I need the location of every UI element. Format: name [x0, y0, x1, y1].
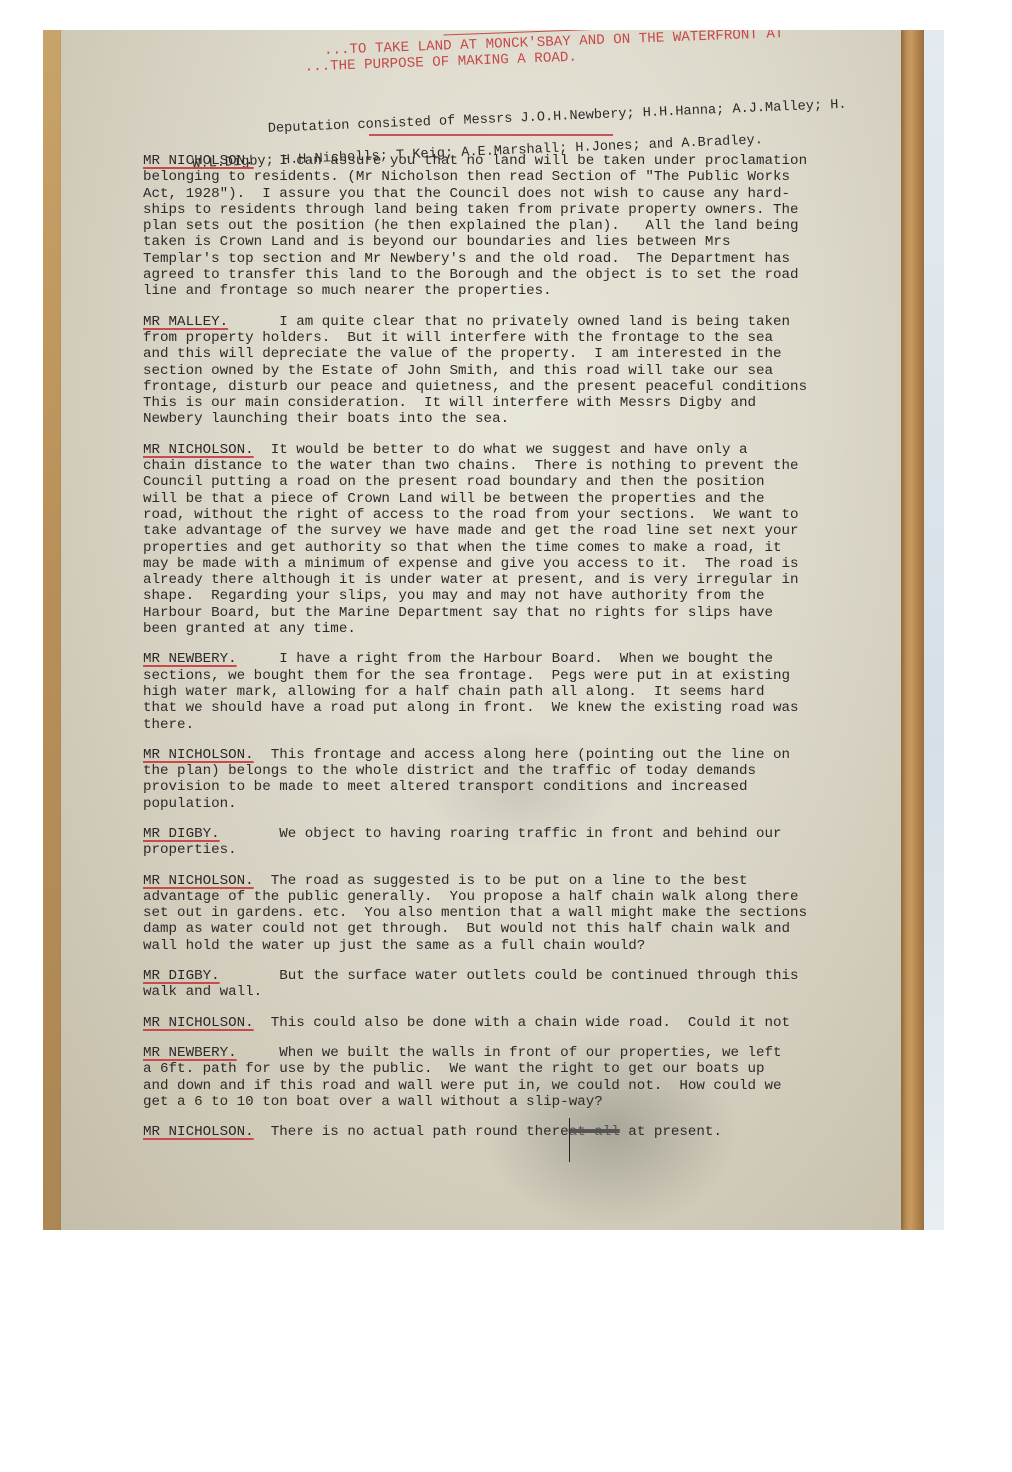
minutes-paragraph: MR NEWBERY. I have a right from the Harb…	[143, 651, 903, 732]
final-paragraph: MR NICHOLSON. There is no actual path ro…	[143, 1124, 903, 1140]
paragraph-text: We object to having roaring traffic in f…	[143, 826, 782, 858]
handwritten-correction: at all	[569, 1124, 620, 1140]
minutes-paragraph: MR NEWBERY. When we built the walls in f…	[143, 1045, 903, 1110]
header-divider	[369, 134, 613, 136]
minutes-body: MR NICHOLSON. I can assure you that no l…	[143, 153, 903, 1140]
minutes-paragraph: MR DIGBY. We object to having roaring tr…	[143, 826, 903, 859]
minutes-paragraph: MR NICHOLSON. This frontage and access a…	[143, 747, 903, 812]
speaker-label: MR NICHOLSON.	[143, 747, 254, 763]
struck-text: at all	[569, 1124, 620, 1140]
speaker-label: MR NICHOLSON.	[143, 873, 254, 889]
paragraph-text: This could also be done with a chain wid…	[254, 1015, 790, 1031]
speaker-label: MR NICHOLSON.	[143, 1124, 254, 1140]
paragraph-text-end: at present.	[620, 1124, 722, 1140]
paragraph-text: But the surface water outlets could be c…	[143, 968, 799, 1000]
minutes-paragraph: MR NICHOLSON. I can assure you that no l…	[143, 153, 903, 300]
speaker-label: MR DIGBY.	[143, 826, 220, 842]
speaker-label: MR DIGBY.	[143, 968, 220, 984]
paragraph-text: I can assure you that no land will be ta…	[143, 153, 807, 299]
paragraph-text: I have a right from the Harbour Board. W…	[143, 651, 799, 732]
speaker-label: MR NEWBERY.	[143, 1045, 237, 1061]
minutes-paragraph: MR NICHOLSON. This could also be done wi…	[143, 1015, 903, 1031]
minutes-paragraph: MR DIGBY. But the surface water outlets …	[143, 968, 903, 1001]
paragraph-text: When we built the walls in front of our …	[143, 1045, 782, 1110]
paragraph-list: MR NICHOLSON. I can assure you that no l…	[143, 153, 903, 1124]
document-photo: ...th NOVEMBER, 1934, AT 8-30 p.m. ...TO…	[43, 30, 944, 1230]
paragraph-text: I am quite clear that no privately owned…	[143, 314, 807, 428]
insertion-mark	[569, 1118, 570, 1162]
minutes-paragraph: MR NICHOLSON. The road as suggested is t…	[143, 873, 903, 954]
speaker-label: MR MALLEY.	[143, 314, 228, 330]
speaker-label: MR NICHOLSON.	[143, 1015, 254, 1031]
typed-text: ...th NOVEMBER, 1934, AT 8-30 p.m. ...TO…	[43, 30, 944, 1230]
paragraph-text: There is no actual path round there	[254, 1124, 569, 1140]
speaker-label: MR NICHOLSON.	[143, 442, 254, 458]
speaker-label: MR NEWBERY.	[143, 651, 237, 667]
paragraph-text: It would be better to do what we suggest…	[143, 442, 799, 637]
minutes-paragraph: MR MALLEY. I am quite clear that no priv…	[143, 314, 903, 428]
speaker-label: MR NICHOLSON.	[143, 153, 254, 169]
minutes-paragraph: MR NICHOLSON. It would be better to do w…	[143, 442, 903, 638]
deputation-line1: Deputation consisted of Messrs J.O.H.New…	[268, 98, 847, 137]
